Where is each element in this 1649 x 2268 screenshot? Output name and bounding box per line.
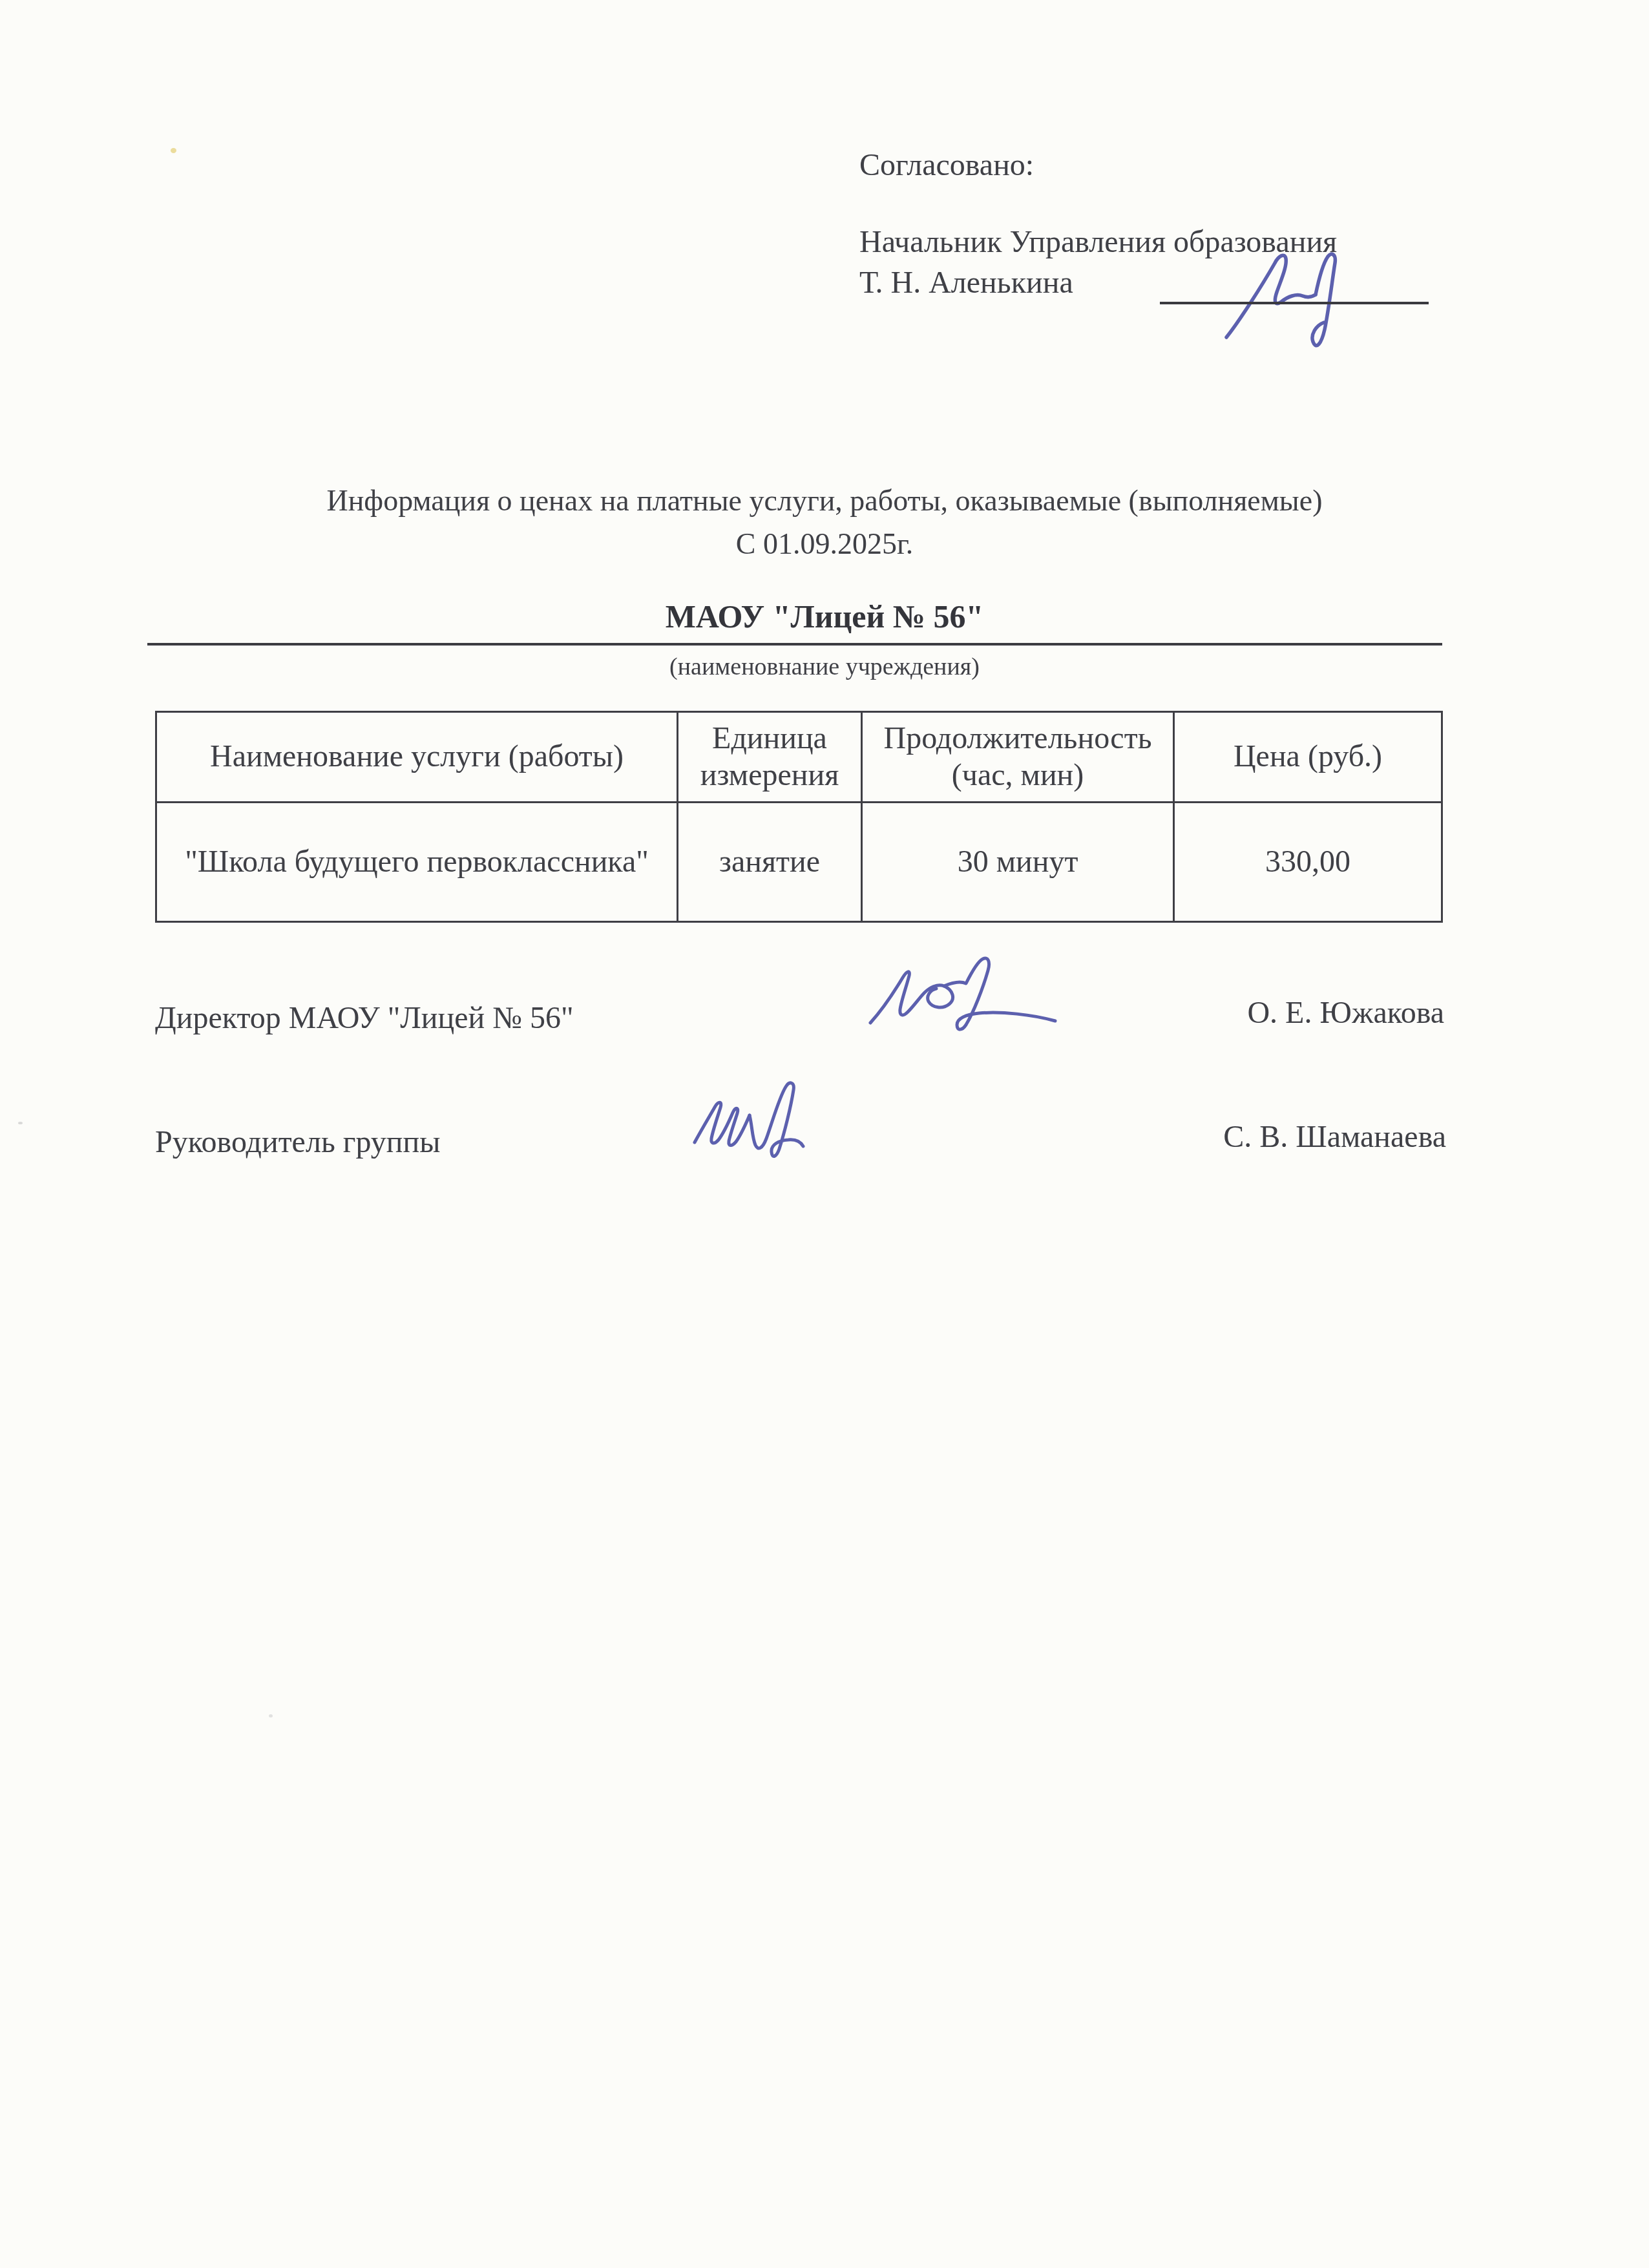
document-title: Информация о ценах на платные услуги, ра… [101, 483, 1548, 518]
approver-name: Т. Н. Аленькина [859, 265, 1073, 300]
cell-service-name: "Школа будущего первоклассника" [156, 803, 678, 922]
institution-name: МАОУ "Лицей № 56" [101, 598, 1548, 635]
director-name: О. Е. Южакова [1247, 995, 1444, 1031]
price-table: Наименование услуги (работы) Единица изм… [155, 711, 1443, 923]
scan-speck [171, 148, 176, 153]
col-header-duration: Продолжительность (час, мин) [862, 712, 1174, 803]
col-header-unit: Единица измерения [678, 712, 862, 803]
cell-price: 330,00 [1174, 803, 1442, 922]
director-signature [863, 955, 1063, 1039]
institution-underline [147, 643, 1442, 646]
institution-caption: (наименовнание учреждения) [101, 653, 1548, 681]
approver-signature-line [1160, 302, 1429, 304]
scan-speck [18, 1122, 23, 1124]
table-header-row: Наименование услуги (работы) Единица изм… [156, 712, 1442, 803]
group-leader-name: С. В. Шаманаева [1223, 1119, 1446, 1155]
director-position: Директор МАОУ "Лицей № 56" [155, 1000, 574, 1036]
group-leader-position: Руководитель группы [155, 1124, 440, 1160]
scanned-document: Согласовано: Начальник Управления образо… [0, 0, 1649, 2268]
col-header-price: Цена (руб.) [1174, 712, 1442, 803]
scan-speck [269, 1714, 273, 1717]
effective-date: С 01.09.2025г. [101, 527, 1548, 561]
table-row: "Школа будущего первоклассника" занятие … [156, 803, 1442, 922]
group-leader-signature [688, 1078, 824, 1165]
cell-duration: 30 минут [862, 803, 1174, 922]
cell-unit: занятие [678, 803, 862, 922]
approval-label: Согласовано: [859, 147, 1034, 183]
col-header-service-name: Наименование услуги (работы) [156, 712, 678, 803]
